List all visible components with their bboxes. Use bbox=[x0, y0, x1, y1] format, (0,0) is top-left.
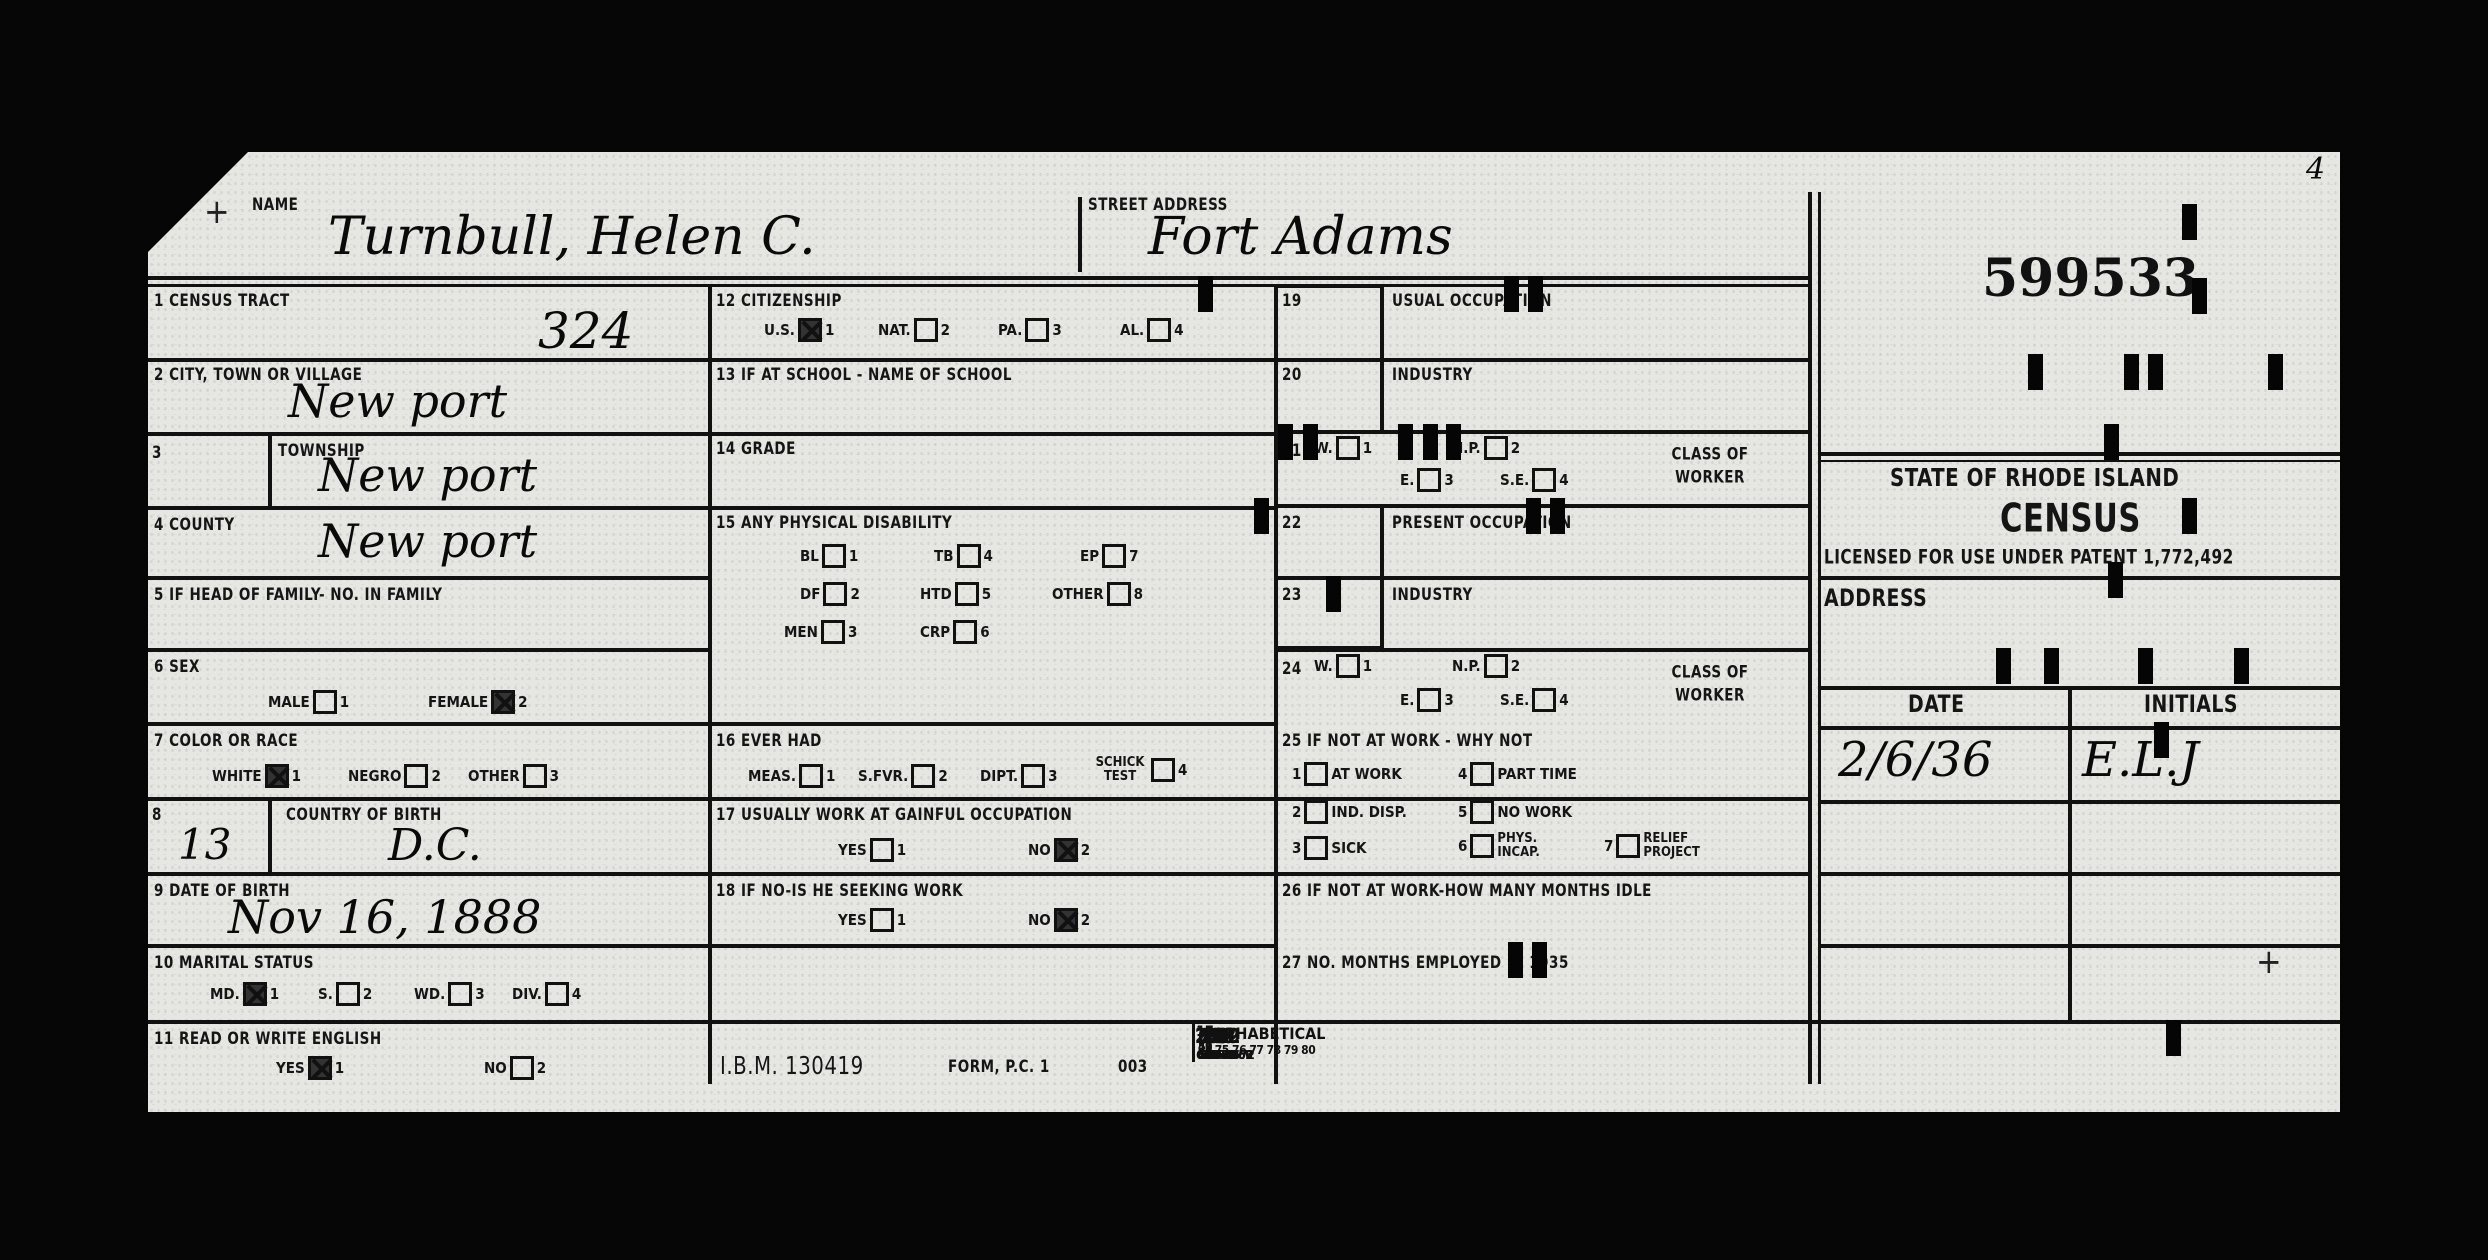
checkbox-checked[interactable] bbox=[491, 690, 515, 714]
checkbox[interactable] bbox=[1304, 836, 1328, 860]
form-code: 003 bbox=[1118, 1056, 1148, 1077]
birth-code-value: 13 bbox=[178, 820, 231, 869]
gainful-yes-option[interactable]: YES1 bbox=[838, 838, 906, 862]
punch-hole bbox=[2104, 424, 2119, 460]
race-white-option[interactable]: WHITE1 bbox=[212, 764, 301, 788]
divider bbox=[148, 506, 1274, 510]
checkbox[interactable] bbox=[1021, 764, 1045, 788]
divider bbox=[148, 432, 1274, 436]
census-tract-value: 324 bbox=[538, 302, 633, 360]
divider bbox=[1821, 944, 2340, 948]
checkbox[interactable] bbox=[404, 764, 428, 788]
punch-hole bbox=[2234, 648, 2249, 684]
field-23-number: 23 bbox=[1282, 584, 1302, 605]
census-tract-label: 1 CENSUS TRACT bbox=[154, 290, 290, 311]
reason-relief-project-option[interactable]: 7RELIEF PROJECT bbox=[1604, 832, 1709, 860]
checkbox-checked[interactable] bbox=[1054, 838, 1078, 862]
checkbox[interactable] bbox=[1470, 762, 1494, 786]
checkbox[interactable] bbox=[313, 690, 337, 714]
checkbox-checked[interactable] bbox=[308, 1056, 332, 1080]
divider bbox=[2068, 686, 2072, 1020]
checkbox[interactable] bbox=[822, 544, 846, 568]
divider bbox=[148, 722, 1274, 726]
reason-sick-option[interactable]: 3SICK bbox=[1292, 836, 1367, 860]
divider bbox=[148, 276, 1808, 280]
reason-ind-disp-option[interactable]: 2IND. DISP. bbox=[1292, 800, 1407, 824]
divider bbox=[148, 648, 708, 652]
physical-disability-label: 15 ANY PHYSICAL DISABILITY bbox=[716, 512, 952, 533]
checkbox[interactable] bbox=[1470, 800, 1494, 824]
punch-hole bbox=[2044, 648, 2059, 684]
ever-had-scarlet-fever-option[interactable]: S.FVR.2 bbox=[858, 764, 948, 788]
class-se-option[interactable]: S.E.4 bbox=[1500, 468, 1569, 492]
punch-hole bbox=[2138, 648, 2153, 684]
punch-hole bbox=[2154, 722, 2169, 758]
class2-np-option[interactable]: N.P.2 bbox=[1452, 654, 1520, 678]
county-value: New port bbox=[318, 514, 537, 568]
disability-df-option[interactable]: DF2 bbox=[800, 582, 860, 606]
sex-male-option[interactable]: MALE1 bbox=[268, 690, 349, 714]
punch-hole bbox=[1278, 424, 1293, 460]
divider bbox=[1274, 646, 1384, 650]
checkbox[interactable] bbox=[545, 982, 569, 1006]
address-label: ADDRESS bbox=[1824, 584, 1927, 612]
divider bbox=[268, 797, 272, 872]
checkbox-checked[interactable] bbox=[243, 982, 267, 1006]
punch-hole bbox=[1423, 424, 1438, 460]
punch-hole bbox=[1532, 942, 1547, 978]
checkbox[interactable] bbox=[821, 620, 845, 644]
punch-hole bbox=[1508, 942, 1523, 978]
class-w-option[interactable]: W.1 bbox=[1314, 436, 1372, 460]
sex-label: 6 SEX bbox=[154, 656, 200, 677]
divider bbox=[1808, 192, 1812, 1084]
census-title: CENSUS bbox=[2000, 496, 2141, 542]
corner-mark: 4 bbox=[2306, 152, 2325, 187]
seeking-no-option[interactable]: NO2 bbox=[1028, 908, 1090, 932]
township-value: New port bbox=[318, 448, 537, 502]
divider bbox=[1274, 504, 1384, 508]
seeking-yes-option[interactable]: YES1 bbox=[838, 908, 906, 932]
divider bbox=[148, 576, 708, 580]
punch-hole bbox=[1198, 276, 1213, 312]
checkbox[interactable] bbox=[523, 764, 547, 788]
head-of-family-label: 5 IF HEAD OF FAMILY- NO. IN FAMILY bbox=[154, 584, 442, 605]
checkbox[interactable] bbox=[1417, 468, 1441, 492]
industry-label: INDUSTRY bbox=[1392, 364, 1473, 385]
divider bbox=[148, 944, 1274, 948]
divider bbox=[1380, 504, 1384, 648]
checkbox[interactable] bbox=[957, 544, 981, 568]
disability-other-option[interactable]: OTHER8 bbox=[1052, 582, 1143, 606]
checkbox[interactable] bbox=[1025, 318, 1049, 342]
disability-crp-option[interactable]: CRP6 bbox=[920, 620, 990, 644]
punch-hole bbox=[2108, 562, 2123, 598]
entry-initials: E.L.J bbox=[2082, 732, 2199, 788]
punch-hole bbox=[2182, 498, 2197, 534]
field-8-label: 8 bbox=[152, 804, 162, 825]
divider bbox=[1274, 358, 1808, 362]
divider bbox=[1078, 197, 1082, 272]
seeking-work-label: 18 IF NO-IS HE SEEKING WORK bbox=[716, 880, 963, 901]
punch-hole bbox=[1526, 498, 1541, 534]
citizenship-al-option[interactable]: AL.4 bbox=[1120, 318, 1184, 342]
punch-hole bbox=[1550, 498, 1565, 534]
present-occupation-label: PRESENT OCCUPATION bbox=[1392, 512, 1572, 533]
punch-hole bbox=[1398, 424, 1413, 460]
divider bbox=[1821, 460, 2340, 462]
divider bbox=[148, 284, 1808, 287]
divider bbox=[268, 432, 272, 506]
english-no-option[interactable]: NO2 bbox=[484, 1056, 546, 1080]
ever-had-diphtheria-option[interactable]: DIPT.3 bbox=[980, 764, 1058, 788]
state-title: STATE OF RHODE ISLAND bbox=[1890, 464, 2179, 493]
checkbox[interactable] bbox=[1484, 436, 1508, 460]
industry-2-label: INDUSTRY bbox=[1392, 584, 1473, 605]
divider bbox=[1821, 872, 2340, 876]
marital-div-option[interactable]: DIV.4 bbox=[512, 982, 581, 1006]
name-value: Turnbull, Helen C. bbox=[328, 207, 816, 267]
class2-w-option[interactable]: W.1 bbox=[1314, 654, 1372, 678]
checkbox[interactable] bbox=[1336, 654, 1360, 678]
citizenship-label: 12 CITIZENSHIP bbox=[716, 290, 842, 311]
divider bbox=[1821, 576, 2340, 580]
punch-hole bbox=[2268, 354, 2283, 390]
class-of-worker-label: CLASS OF WORKER bbox=[1660, 442, 1760, 488]
sex-female-option[interactable]: FEMALE2 bbox=[428, 690, 528, 714]
punch-hole bbox=[1326, 576, 1341, 612]
divider bbox=[1821, 686, 2340, 690]
reason-at-work-option[interactable]: 1AT WORK bbox=[1292, 762, 1402, 786]
english-yes-option[interactable]: YES1 bbox=[276, 1056, 344, 1080]
class-of-worker-2-label: CLASS OF WORKER bbox=[1660, 660, 1760, 706]
divider bbox=[1274, 576, 1808, 580]
street-address-value: Fort Adams bbox=[1148, 207, 1453, 267]
race-negro-option[interactable]: NEGRO2 bbox=[348, 764, 441, 788]
color-race-label: 7 COLOR OR RACE bbox=[154, 730, 298, 751]
punch-hole bbox=[2124, 354, 2139, 390]
date-header: DATE bbox=[1908, 690, 1964, 718]
field-19-number: 19 bbox=[1282, 290, 1302, 311]
checkbox[interactable] bbox=[1151, 758, 1175, 782]
checkbox[interactable] bbox=[1470, 834, 1494, 858]
checkbox-checked[interactable] bbox=[1054, 908, 1078, 932]
marital-md-option[interactable]: MD.1 bbox=[210, 982, 279, 1006]
punch-hole bbox=[2028, 354, 2043, 390]
entry-date: 2/6/36 bbox=[1838, 732, 1993, 788]
name-label: NAME bbox=[252, 194, 298, 215]
checkbox[interactable] bbox=[1102, 544, 1126, 568]
census-card: + + 4 NAME Turnbull, Helen C. STREET ADD… bbox=[148, 152, 2340, 1112]
class2-se-option[interactable]: S.E.4 bbox=[1500, 688, 1569, 712]
marital-wd-option[interactable]: WD.3 bbox=[414, 982, 485, 1006]
checkbox[interactable] bbox=[1532, 468, 1556, 492]
punch-hole bbox=[2192, 278, 2207, 314]
disability-tb-option[interactable]: TB4 bbox=[934, 544, 993, 568]
registration-mark-top-left: + bbox=[204, 192, 230, 232]
punch-hole bbox=[2182, 204, 2197, 240]
disability-bl-option[interactable]: BL1 bbox=[800, 544, 858, 568]
gainful-no-option[interactable]: NO2 bbox=[1028, 838, 1090, 862]
divider bbox=[1818, 192, 1821, 1084]
divider bbox=[708, 284, 712, 1084]
checkbox[interactable] bbox=[336, 982, 360, 1006]
reason-phys-incap-option[interactable]: 6PHYS. INCAP. bbox=[1458, 832, 1547, 860]
grade-label: 14 GRADE bbox=[716, 438, 796, 459]
read-write-english-label: 11 READ OR WRITE ENGLISH bbox=[154, 1028, 382, 1049]
class-e-option[interactable]: E.3 bbox=[1400, 468, 1454, 492]
checkbox[interactable] bbox=[955, 582, 979, 606]
punch-hole bbox=[1528, 276, 1543, 312]
citizenship-us-option[interactable]: U.S.1 bbox=[764, 318, 834, 342]
punch-hole bbox=[1996, 648, 2011, 684]
citizenship-nat-option[interactable]: NAT.2 bbox=[878, 318, 950, 342]
ever-had-schick-test-option[interactable]: SCHICK TEST4 bbox=[1092, 756, 1187, 784]
months-employed-label: 27 NO. MONTHS EMPLOYED IN 1935 bbox=[1282, 952, 1569, 973]
why-not-at-work-label: 25 IF NOT AT WORK - WHY NOT bbox=[1282, 730, 1533, 751]
serial-number: 599533 bbox=[1982, 248, 2199, 309]
divider bbox=[148, 358, 1274, 362]
punch-hole bbox=[1446, 424, 1461, 460]
school-name-label: 13 IF AT SCHOOL - NAME OF SCHOOL bbox=[716, 364, 1012, 385]
ever-had-label: 16 EVER HAD bbox=[716, 730, 822, 751]
punch-hole bbox=[1504, 276, 1519, 312]
disability-htd-option[interactable]: HTD5 bbox=[920, 582, 991, 606]
divider bbox=[1274, 284, 1384, 288]
checkbox[interactable] bbox=[823, 582, 847, 606]
field-22-number: 22 bbox=[1282, 512, 1302, 533]
divider bbox=[1821, 800, 2340, 804]
registration-mark-bottom-right: + bbox=[2256, 942, 2282, 982]
checkbox[interactable] bbox=[448, 982, 472, 1006]
ibm-number: I.B.M. 130419 bbox=[720, 1052, 864, 1081]
punch-hole bbox=[1303, 424, 1318, 460]
township-number-label: 3 bbox=[152, 442, 162, 463]
class-np-option[interactable]: N.P.2 bbox=[1452, 436, 1520, 460]
checkbox[interactable] bbox=[911, 764, 935, 788]
months-idle-label: 26 IF NOT AT WORK-HOW MANY MONTHS IDLE bbox=[1282, 880, 1652, 901]
checkbox-checked[interactable] bbox=[798, 318, 822, 342]
divider bbox=[1274, 872, 1808, 876]
form-number: FORM, P.C. 1 bbox=[948, 1056, 1050, 1077]
punch-hole bbox=[2148, 354, 2163, 390]
punch-hole bbox=[2166, 1020, 2181, 1056]
gainful-occupation-label: 17 USUALLY WORK AT GAINFUL OCCUPATION bbox=[716, 804, 1072, 825]
patent-text: LICENSED FOR USE UNDER PATENT 1,772,492 bbox=[1824, 546, 2234, 569]
country-of-birth-value: D.C. bbox=[388, 820, 482, 871]
divider bbox=[148, 872, 1274, 876]
class2-e-option[interactable]: E.3 bbox=[1400, 688, 1454, 712]
county-label: 4 COUNTY bbox=[154, 514, 235, 535]
checkbox[interactable] bbox=[953, 620, 977, 644]
checkbox[interactable] bbox=[1107, 582, 1131, 606]
race-other-option[interactable]: OTHER3 bbox=[468, 764, 559, 788]
field-20-number: 20 bbox=[1282, 364, 1302, 385]
checkbox-checked[interactable] bbox=[265, 764, 289, 788]
checkbox[interactable] bbox=[1484, 654, 1508, 678]
checkbox[interactable] bbox=[1532, 688, 1556, 712]
date-of-birth-value: Nov 16, 1888 bbox=[228, 890, 541, 944]
checkbox[interactable] bbox=[1616, 834, 1640, 858]
divider bbox=[148, 797, 1274, 801]
reason-part-time-option[interactable]: 4PART TIME bbox=[1458, 762, 1577, 786]
city-value: New port bbox=[288, 374, 507, 428]
checkbox[interactable] bbox=[1304, 800, 1328, 824]
reason-no-work-option[interactable]: 5NO WORK bbox=[1458, 800, 1572, 824]
checkbox[interactable] bbox=[870, 838, 894, 862]
divider bbox=[1274, 430, 1808, 434]
marital-status-label: 10 MARITAL STATUS bbox=[154, 952, 314, 973]
ever-had-measles-option[interactable]: MEAS.1 bbox=[748, 764, 835, 788]
divider bbox=[1821, 452, 2340, 456]
checkbox[interactable] bbox=[870, 908, 894, 932]
marital-s-option[interactable]: S.2 bbox=[318, 982, 372, 1006]
initials-header: INITIALS bbox=[2144, 690, 2238, 718]
divider bbox=[1274, 284, 1278, 1084]
divider bbox=[1380, 284, 1384, 430]
checkbox[interactable] bbox=[1417, 688, 1441, 712]
checkbox[interactable] bbox=[1304, 762, 1328, 786]
divider bbox=[1821, 726, 2340, 730]
checkbox[interactable] bbox=[1336, 436, 1360, 460]
disability-ep-option[interactable]: EP7 bbox=[1080, 544, 1139, 568]
checkbox[interactable] bbox=[1147, 318, 1171, 342]
field-24-number: 24 bbox=[1282, 658, 1302, 679]
checkbox[interactable] bbox=[914, 318, 938, 342]
column-cell: ALPHABETICAL75 76 77 78 79 80 bbox=[1192, 1024, 1335, 1057]
checkbox[interactable] bbox=[799, 764, 823, 788]
citizenship-pa-option[interactable]: PA.3 bbox=[998, 318, 1062, 342]
punch-hole bbox=[1254, 498, 1269, 534]
disability-men-option[interactable]: MEN3 bbox=[784, 620, 857, 644]
checkbox[interactable] bbox=[510, 1056, 534, 1080]
